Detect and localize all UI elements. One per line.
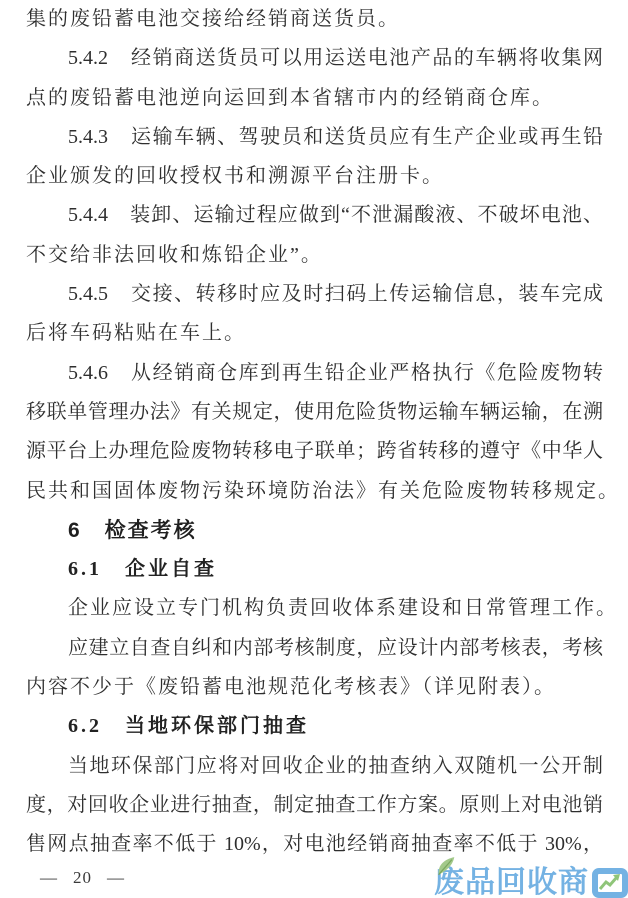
doc-line: 当地环保部门应将对回收企业的抽查纳入双随机一公开制 bbox=[26, 747, 603, 786]
document-page: 集的废铅蓄电池交接给经销商送货员。 5.4.2 经销商送货员可以用运送电池产品的… bbox=[0, 0, 628, 898]
doc-line: 不交给非法回收和炼铅企业”。 bbox=[26, 236, 603, 275]
doc-line: 企业颁发的回收授权书和溯源平台注册卡。 bbox=[26, 157, 603, 196]
doc-line: 源平台上办理危险废物转移电子联单；跨省转移的遵守《中华人 bbox=[26, 432, 603, 471]
trend-chart-box-icon bbox=[592, 868, 628, 898]
doc-line: 售网点抽查率不低于 10%，对电池经销商抽查率不低于 30%， bbox=[26, 825, 603, 864]
subsection-heading-6-1: 6.1 企业自查 bbox=[26, 550, 603, 589]
doc-line: 应建立自查自纠和内部考核制度，应设计内部考核表，考核 bbox=[26, 629, 603, 668]
doc-line: 企业应设立专门机构负责回收体系建设和日常管理工作。 bbox=[26, 589, 603, 628]
doc-line-clause-5-4-3: 5.4.3 运输车辆、驾驶员和送货员应有生产企业或再生铅 bbox=[26, 118, 603, 157]
doc-line: 点的废铅蓄电池逆向运回到本省辖市内的经销商仓库。 bbox=[26, 79, 603, 118]
doc-line-clause-5-4-2: 5.4.2 经销商送货员可以用运送电池产品的车辆将收集网 bbox=[26, 39, 603, 78]
page-number: 20 bbox=[73, 868, 92, 888]
subsection-heading-6-2: 6.2 当地环保部门抽查 bbox=[26, 707, 603, 746]
doc-line-clause-5-4-4: 5.4.4 装卸、运输过程应做到“不泄漏酸液、不破坏电池、 bbox=[26, 196, 603, 235]
section-heading-6: 6 检查考核 bbox=[26, 511, 603, 550]
footer-dash-right: — bbox=[107, 868, 125, 888]
page-footer: — 20 — bbox=[40, 868, 125, 888]
doc-line: 后将车码粘贴在车上。 bbox=[26, 314, 603, 353]
doc-line: 度，对回收企业进行抽查，制定抽查工作方案。原则上对电池销 bbox=[26, 786, 603, 825]
footer-dash-left: — bbox=[40, 868, 58, 888]
doc-line: 内容不少于《废铅蓄电池规范化考核表》（详见附表）。 bbox=[26, 668, 603, 707]
doc-line-clause-5-4-5: 5.4.5 交接、转移时应及时扫码上传运输信息，装车完成 bbox=[26, 275, 603, 314]
doc-line: 民共和国固体废物污染环境防治法》有关危险废物转移规定。 bbox=[26, 472, 603, 511]
watermark-logo: 废品回收商 bbox=[434, 868, 628, 898]
doc-line: 移联单管理办法》有关规定，使用危险货物运输车辆运输，在溯 bbox=[26, 393, 603, 432]
doc-line-clause-5-4-6: 5.4.6 从经销商仓库到再生铅企业严格执行《危险废物转 bbox=[26, 354, 603, 393]
document-body: 集的废铅蓄电池交接给经销商送货员。 5.4.2 经销商送货员可以用运送电池产品的… bbox=[26, 0, 603, 865]
doc-line: 集的废铅蓄电池交接给经销商送货员。 bbox=[26, 0, 603, 39]
